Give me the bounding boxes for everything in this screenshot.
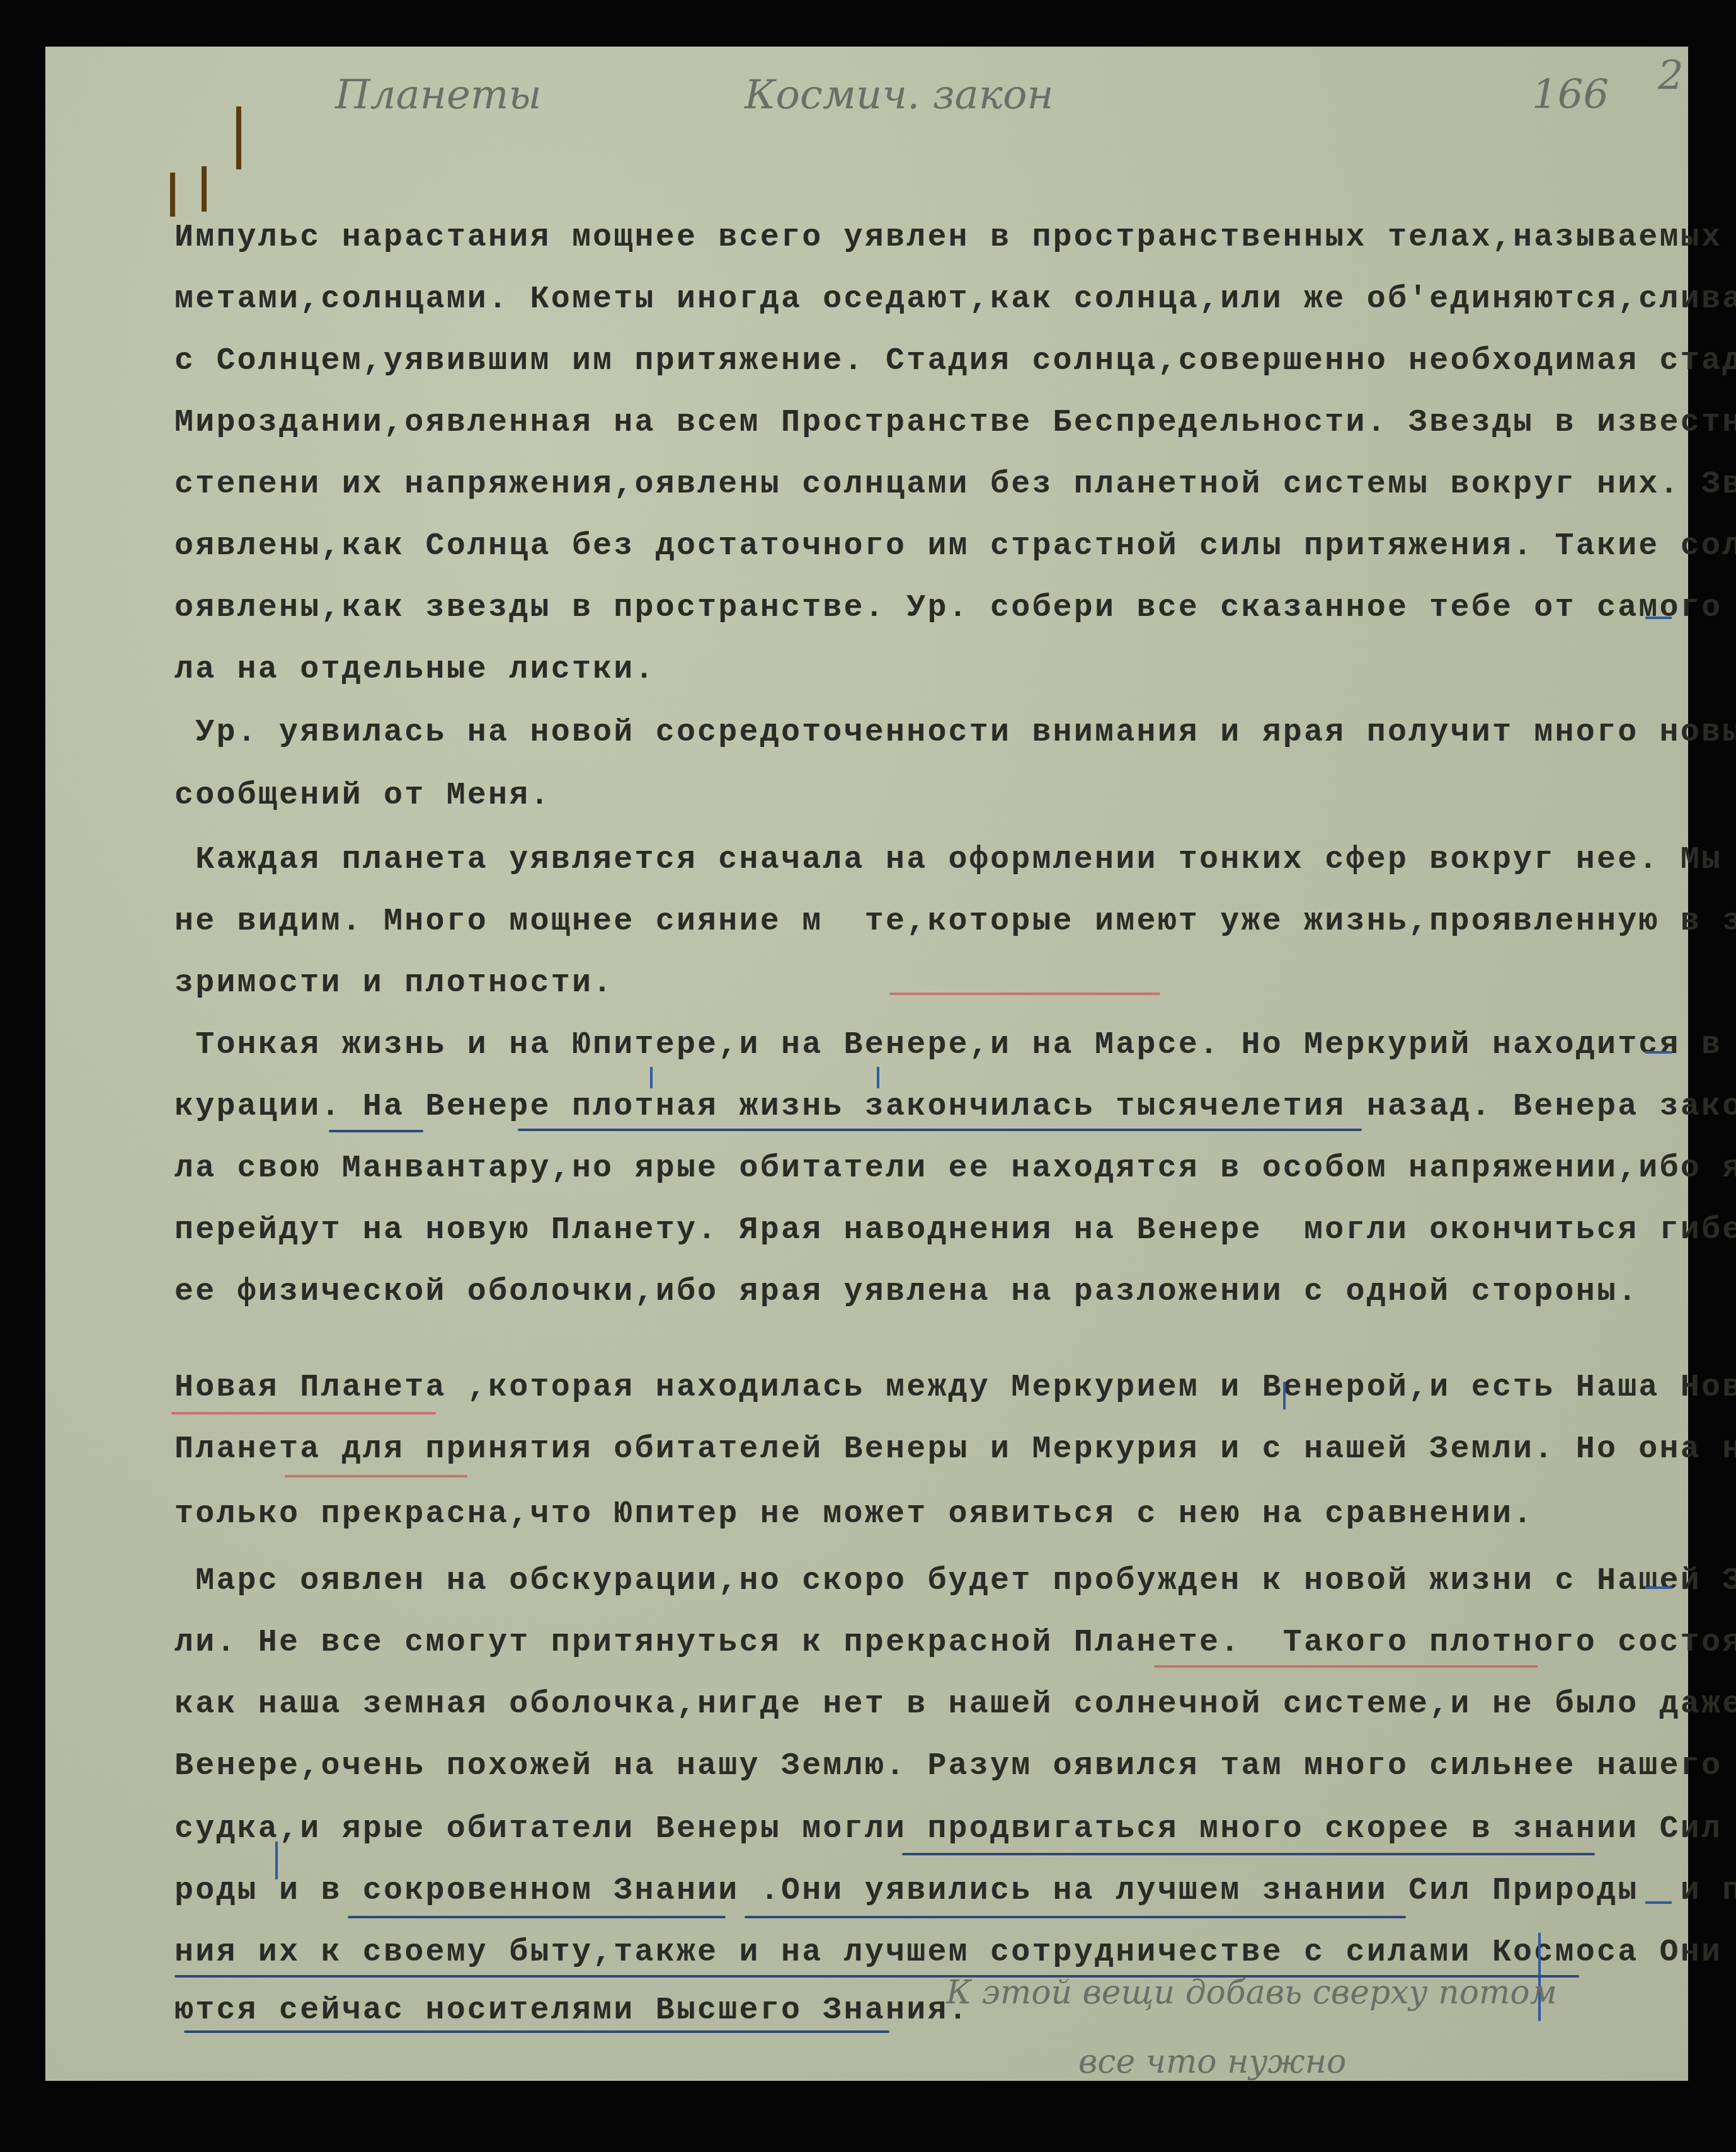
text-line: ее физической оболочки,ибо ярая уявлена …	[174, 1274, 1638, 1310]
staple-mark	[202, 166, 207, 212]
blue-underline	[184, 2030, 889, 2033]
red-underline	[171, 1412, 436, 1415]
text-line: Венере,очень похожей на нашу Землю. Разу…	[174, 1748, 1736, 1784]
text-line: не видим. Много мощнее сияние м те,котор…	[174, 904, 1736, 940]
handwritten-note-line2: все что нужно	[1078, 2043, 1346, 2081]
red-underline	[1154, 1665, 1538, 1668]
blue-tick-mark	[877, 1067, 879, 1088]
text-line: Мироздании,оявленная на всем Пространств…	[174, 405, 1736, 441]
staple-mark	[170, 173, 175, 217]
text-line: только прекрасна,что Юпитер не может ояв…	[174, 1496, 1534, 1532]
blue-underline	[902, 1853, 1595, 1855]
blue-underline	[745, 1916, 1406, 1918]
margin-dash	[1645, 1051, 1672, 1054]
blue-tick-mark	[275, 1842, 278, 1879]
handwritten-title-center: Космич. закон	[745, 72, 1054, 118]
blue-tick-mark	[650, 1067, 653, 1088]
text-line: Марс оявлен на обскурации,но скоро будет…	[174, 1563, 1736, 1599]
text-line: курации. На Венере плотная жизнь закончи…	[174, 1089, 1736, 1125]
text-line: Планета для принятия обитателей Венеры и…	[174, 1432, 1736, 1467]
blue-underline	[329, 1130, 423, 1132]
text-line: Ур. уявилась на новой сосредоточенности …	[174, 715, 1736, 751]
text-line: судка,и ярые обитатели Венеры могли прод…	[174, 1811, 1736, 1847]
text-line: с Солнцем,уявившим им притяжение. Стадия…	[174, 343, 1736, 379]
text-line: степени их напряжения,оявлены солнцами б…	[174, 467, 1736, 503]
text-line: оявлены,как Солнца без достаточного им с…	[174, 528, 1736, 564]
handwritten-title-left: Планеты	[335, 72, 542, 118]
text-line: ются сейчас носителями Высшего Знания.	[174, 1993, 969, 2029]
blue-underline	[518, 1129, 1362, 1131]
blue-tick-mark	[1283, 1382, 1286, 1409]
margin-dash	[1645, 1901, 1672, 1904]
margin-dash	[1645, 617, 1672, 619]
page-number: 166	[1532, 72, 1609, 118]
text-line: Тонкая жизнь и на Юпитере,и на Венере,и …	[174, 1027, 1736, 1063]
red-underline	[889, 993, 1160, 995]
blue-underline	[348, 1916, 726, 1918]
text-line: Новая Планета ,которая находилась между …	[174, 1370, 1736, 1406]
corner-mark: 2	[1658, 53, 1684, 100]
margin-dash	[1645, 1586, 1672, 1589]
handwritten-note-line1: К этой вещи добавь сверху потом	[946, 1974, 1557, 2012]
text-line: ла на отдельные листки.	[174, 652, 656, 688]
text-line: перейдут на новую Планету. Ярая наводнен…	[174, 1212, 1736, 1248]
text-line: метами,солнцами. Кометы иногда оседают,к…	[174, 282, 1736, 317]
text-line: ла свою Манвантару,но ярые обитатели ее …	[174, 1151, 1736, 1187]
staple-mark	[236, 106, 241, 169]
text-line: оявлены,как звезды в пространстве. Ур. с…	[174, 590, 1736, 626]
text-line: сообщений от Меня.	[174, 778, 551, 814]
text-line: как наша земная оболочка,нигде нет в наш…	[174, 1687, 1736, 1722]
red-underline	[285, 1475, 467, 1477]
text-line: ния их к своему быту,также и на лучшем с…	[174, 1935, 1736, 1971]
text-line: Каждая планета уявляется сначала на офор…	[174, 842, 1736, 878]
text-line: ли. Не все смогут притянуться к прекрасн…	[174, 1625, 1736, 1661]
document-page: Планеты Космич. закон 166 2 Импульс нара…	[45, 47, 1688, 2081]
text-line: Импульс нарастания мощнее всего уявлен в…	[174, 220, 1736, 256]
text-line: роды и в сокровенном Знании .Они уявилис…	[174, 1873, 1736, 1909]
text-line: зримости и плотности.	[174, 965, 614, 1001]
